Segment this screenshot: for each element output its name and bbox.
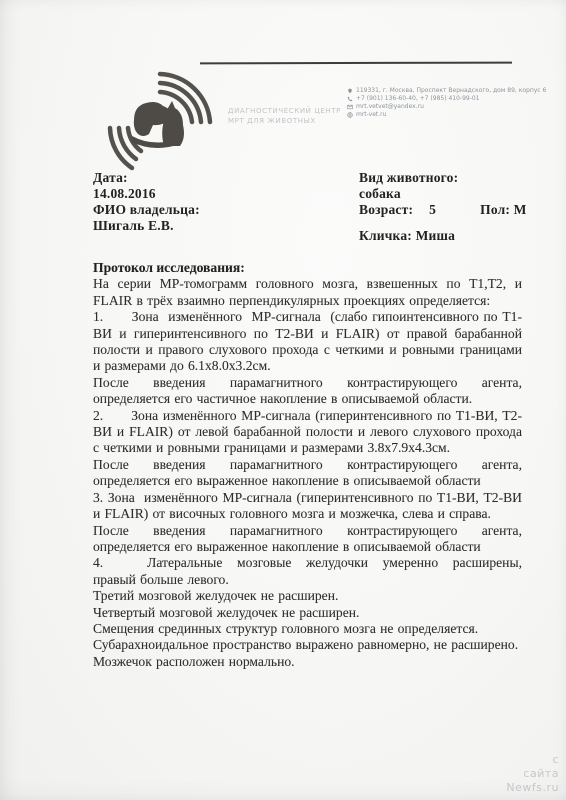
owner-value: Шигаль Е.В. (93, 218, 200, 234)
phone-icon (347, 96, 353, 102)
watermark-line: Newfs.ru (506, 781, 559, 795)
clinic-logo (98, 64, 218, 184)
pet-name-row: Кличка: Миша (359, 228, 527, 244)
info-right-column: Вид животного: собака Возраст:5Пол: М Кл… (359, 170, 527, 244)
protocol-paragraph: Субарахноидальное пространство выражено … (93, 637, 522, 653)
site-watermark: с сайта Newfs.ru (506, 753, 559, 795)
protocol-paragraph: На серии МР-томограмм головного мозга, в… (93, 276, 522, 309)
protocol-paragraph: Мозжечок расположен нормально. (93, 654, 522, 670)
mail-icon (347, 104, 353, 110)
clinic-name-line1: ДИАГНОСТИЧЕСКИЙ ЦЕНТР (228, 106, 341, 116)
contact-website-text: mrt-vet.ru (356, 111, 386, 119)
species-label: Вид животного: (359, 170, 527, 186)
species-value: собака (359, 186, 527, 202)
protocol-paragraph: Четвертый мозговой желудочек не расширен… (93, 605, 522, 621)
header-rule (200, 62, 512, 65)
protocol-paragraph: 2. Зона изменённого МР-сигнала (гиперинт… (93, 408, 522, 457)
date-value: 14.08.2016 (93, 186, 200, 202)
location-icon (347, 88, 353, 94)
contact-address-text: 119331, г. Москва, Проспект Вернадского,… (356, 87, 546, 95)
logo-graphic (98, 64, 218, 184)
protocol-paragraph: После введения парамагнитного контрастир… (93, 375, 522, 408)
contact-email: mrt.vetvet@yandex.ru (347, 103, 546, 111)
info-left-column: Дата: 14.08.2016 ФИО владельца: Шигаль Е… (93, 170, 200, 234)
protocol-paragraph: Смещения срединных структур головного мо… (93, 621, 522, 637)
sex-value: М (514, 202, 527, 217)
scanned-document-page: ДИАГНОСТИЧЕСКИЙ ЦЕНТР МРТ ДЛЯ ЖИВОТНЫХ 1… (0, 0, 566, 800)
logo-animals-icon (132, 101, 184, 148)
protocol-paragraph: Третий мозговой желудочек не расширен. (93, 588, 522, 604)
protocol-paragraph: 3. Зона изменённого МР-сигнала (гиперинт… (93, 490, 522, 523)
age-label: Возраст: (359, 202, 413, 217)
protocol-paragraph: 1. Зона изменённого МР-сигнала (слабо ги… (93, 309, 522, 375)
protocol-paragraph: 4. Латеральные мозговые желудочки умерен… (93, 555, 522, 588)
age-value: 5 (429, 202, 436, 217)
contact-block: 119331, г. Москва, Проспект Вернадского,… (347, 87, 546, 119)
protocol-section: Протокол исследования: На серии МР-томог… (93, 260, 522, 670)
protocol-paragraph: После введения парамагнитного контрастир… (93, 457, 522, 490)
protocol-paragraph: После введения парамагнитного контрастир… (93, 523, 522, 556)
contact-website: mrt-vet.ru (347, 111, 546, 119)
clinic-name-line2: МРТ ДЛЯ ЖИВОТНЫХ (228, 116, 341, 126)
clinic-name: ДИАГНОСТИЧЕСКИЙ ЦЕНТР МРТ ДЛЯ ЖИВОТНЫХ (228, 106, 341, 126)
date-label: Дата: (93, 170, 200, 186)
contact-email-text: mrt.vetvet@yandex.ru (356, 103, 424, 111)
pet-name-label: Кличка: (359, 228, 412, 243)
watermark-line: сайта (506, 767, 559, 781)
contact-phone: +7 (901) 136-60-40, +7 (985) 410-99-01 (347, 95, 546, 103)
sex-label: Пол: (480, 202, 510, 217)
owner-label: ФИО владельца: (93, 202, 200, 218)
watermark-line: с (506, 753, 559, 767)
globe-icon (347, 112, 353, 118)
age-sex-row: Возраст:5Пол: М (359, 202, 527, 218)
pet-name-value: Миша (416, 228, 455, 243)
protocol-heading: Протокол исследования: (93, 260, 522, 276)
contact-phone-text: +7 (901) 136-60-40, +7 (985) 410-99-01 (356, 95, 480, 103)
contact-address: 119331, г. Москва, Проспект Вернадского,… (347, 87, 546, 95)
